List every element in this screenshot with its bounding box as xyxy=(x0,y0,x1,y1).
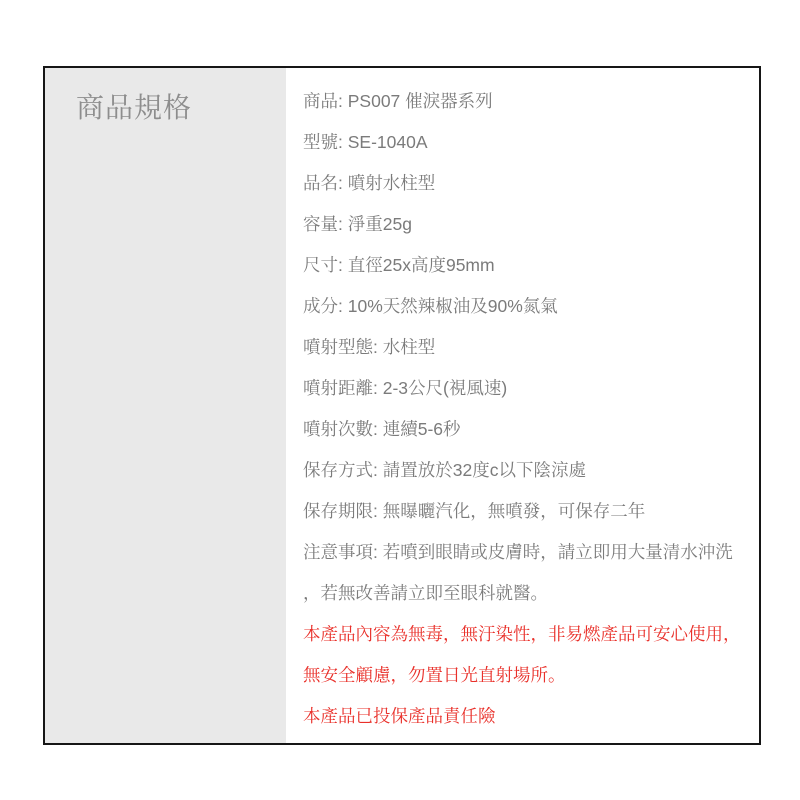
spec-row-shelf-life: 保存期限: 無曝曬汽化，無噴發，可保存二年 xyxy=(303,491,751,532)
spec-value: 請置放於32度c以下陰涼處 xyxy=(383,460,586,480)
spec-row-product: 商品: PS007 催淚器系列 xyxy=(303,81,751,122)
spec-row-ingredients: 成分: 10%天然辣椒油及90%氮氣 xyxy=(303,286,751,327)
warning-text-nontoxic: 本產品內容為無毒，無汙染性，非易燃產品可安心使用， xyxy=(303,614,751,655)
spec-value: 噴射水柱型 xyxy=(348,173,436,193)
spec-value: 淨重25g xyxy=(348,214,412,234)
spec-label: 成分: xyxy=(303,296,343,316)
spec-value: 若噴到眼睛或皮膚時，請立即用大量清水沖洗 xyxy=(383,542,733,562)
spec-row-capacity: 容量: 淨重25g xyxy=(303,204,751,245)
precautions-continuation: ，若無改善請立即至眼科就醫。 xyxy=(303,573,751,614)
spec-label: 噴射次數: xyxy=(303,419,378,439)
spec-label: 型號: xyxy=(303,132,343,152)
warning-text-sunlight: 無安全顧慮，勿置日光直射場所。 xyxy=(303,655,751,696)
spec-row-precautions: 注意事項: 若噴到眼睛或皮膚時，請立即用大量清水沖洗 xyxy=(303,532,751,573)
spec-label: 保存方式: xyxy=(303,460,378,480)
spec-value: 2-3公尺(視風速) xyxy=(383,378,507,398)
spec-row-name: 品名: 噴射水柱型 xyxy=(303,163,751,204)
page-title: 商品規格 xyxy=(76,92,286,124)
spec-value: 無曝曬汽化，無噴發，可保存二年 xyxy=(383,501,646,521)
spec-label: 商品: xyxy=(303,91,343,111)
spec-label: 尺寸: xyxy=(303,255,343,275)
spec-value: 連續5-6秒 xyxy=(383,419,461,439)
spec-value: PS007 催淚器系列 xyxy=(348,91,493,111)
spec-row-spray-type: 噴射型態: 水柱型 xyxy=(303,327,751,368)
spec-row-spray-count: 噴射次數: 連續5-6秒 xyxy=(303,409,751,450)
spec-label: 品名: xyxy=(303,173,343,193)
spec-row-storage-method: 保存方式: 請置放於32度c以下陰涼處 xyxy=(303,450,751,491)
spec-label: 注意事項: xyxy=(303,542,378,562)
spec-value: 水柱型 xyxy=(383,337,436,357)
spec-value: 10%天然辣椒油及90%氮氣 xyxy=(348,296,558,316)
warning-text-insurance: 本產品已投保產品責任險 xyxy=(303,696,751,737)
spec-label: 保存期限: xyxy=(303,501,378,521)
product-spec-card: 商品規格 商品: PS007 催淚器系列 型號: SE-1040A 品名: 噴射… xyxy=(43,66,761,745)
spec-row-spray-distance: 噴射距離: 2-3公尺(視風速) xyxy=(303,368,751,409)
spec-label: 噴射型態: xyxy=(303,337,378,357)
spec-value: 直徑25x高度95mm xyxy=(348,255,495,275)
spec-sidebar: 商品規格 xyxy=(45,68,286,743)
spec-row-size: 尺寸: 直徑25x高度95mm xyxy=(303,245,751,286)
spec-label: 噴射距離: xyxy=(303,378,378,398)
spec-label: 容量: xyxy=(303,214,343,234)
spec-value: SE-1040A xyxy=(348,132,428,152)
spec-content: 商品: PS007 催淚器系列 型號: SE-1040A 品名: 噴射水柱型 容… xyxy=(286,68,759,743)
spec-row-model: 型號: SE-1040A xyxy=(303,122,751,163)
